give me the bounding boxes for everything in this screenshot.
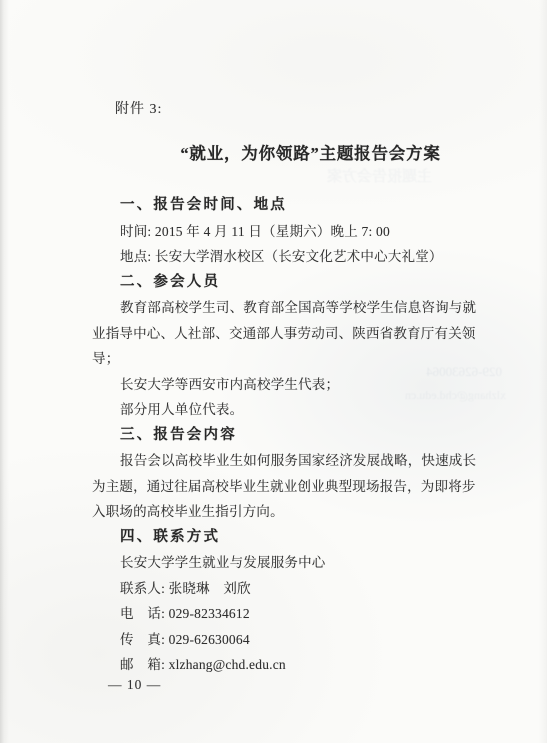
body-line-attendees-2: 业指导中心、人社部、交通部人事劳动司、陕西省教育厅有关领 <box>92 321 478 347</box>
document-title: “就业，为你领路”主题报告会方案 <box>92 140 529 164</box>
bleedthrough-ghost-title: 主题报告会方案 <box>232 165 432 186</box>
body-line-attendees-3: 导； <box>92 346 478 372</box>
page-number: — 10 — <box>108 677 161 693</box>
body-line-content-1: 报告会以高校毕业生如何服务国家经济发展战略，快速成长 <box>92 448 478 474</box>
body-line-contact-phone: 电 话: 029-82334612 <box>92 601 478 627</box>
section-heading-content: 三、报告会内容 <box>92 423 478 449</box>
body-line-contact-org: 长安大学学生就业与发展服务中心 <box>92 550 478 576</box>
document-body: 一、报告会时间、地点 时间: 2015 年 4 月 11 日（星期六）晚上 7:… <box>92 193 478 678</box>
body-line-employer-reps: 部分用人单位代表。 <box>92 397 478 423</box>
body-line-content-3: 入职场的高校毕业生指引方向。 <box>92 499 478 525</box>
section-heading-time-place: 一、报告会时间、地点 <box>92 193 478 219</box>
body-line-contact-email: 邮 箱: xlzhang@chd.edu.cn <box>92 652 478 678</box>
section-heading-contact: 四、联系方式 <box>92 525 478 551</box>
body-line-place: 地点: 长安大学渭水校区（长安文化艺术中心大礼堂） <box>92 244 478 270</box>
body-line-contact-fax: 传 真: 029-62630064 <box>92 627 478 653</box>
scanned-document-page: 附件 3: “就业，为你领路”主题报告会方案 一、报告会时间、地点 时间: 20… <box>0 0 547 743</box>
body-line-time: 时间: 2015 年 4 月 11 日（星期六）晚上 7: 00 <box>92 219 478 245</box>
body-line-attendees-1: 教育部高校学生司、教育部全国高等学校学生信息咨询与就 <box>92 295 478 321</box>
section-heading-attendees: 二、参会人员 <box>92 270 478 296</box>
body-line-content-2: 为主题，通过往届高校毕业生就业创业典型现场报告，为即将步 <box>92 474 478 500</box>
attachment-label: 附件 3: <box>115 98 162 118</box>
body-line-contact-person: 联系人: 张晓琳 刘欣 <box>92 576 478 602</box>
body-line-student-reps: 长安大学等西安市内高校学生代表； <box>92 372 478 398</box>
